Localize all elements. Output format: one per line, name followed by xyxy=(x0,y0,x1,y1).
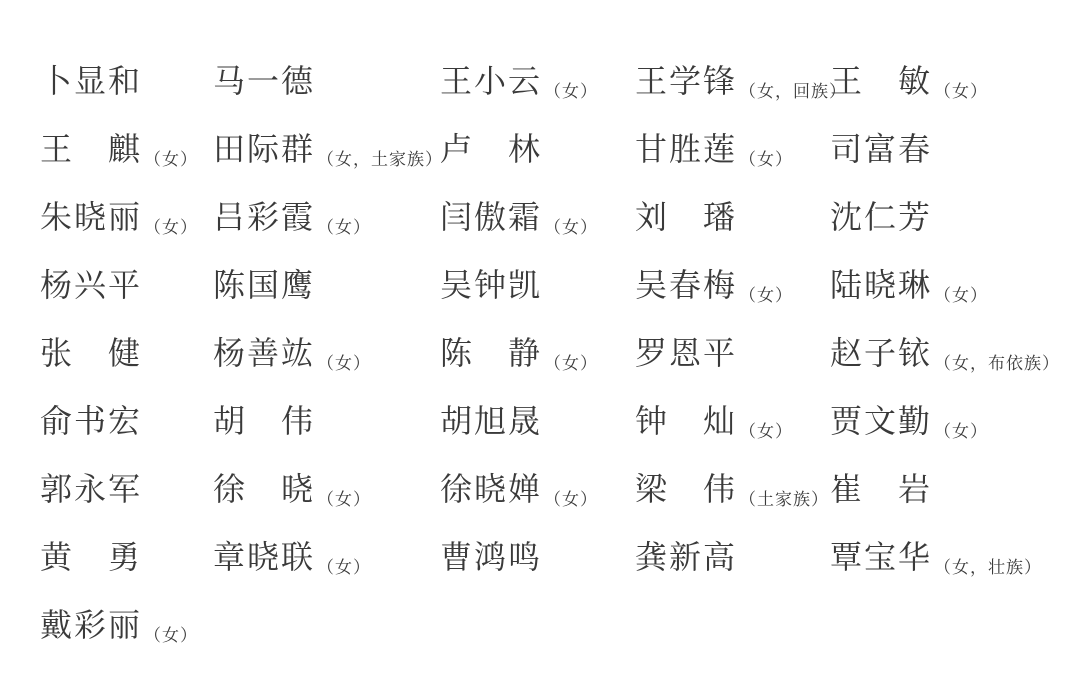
person-name: 陈国鹰 xyxy=(213,267,315,303)
person-note: （女） xyxy=(317,490,371,509)
person-name: 俞书宏 xyxy=(40,403,142,439)
name-cell: 胡 伟 xyxy=(213,400,440,442)
person-name: 赵子铱 xyxy=(830,335,932,371)
name-cell: 王学锋（女，回族） xyxy=(635,60,830,102)
name-cell: 刘 璠 xyxy=(635,196,830,238)
person-note: （女） xyxy=(544,218,598,237)
name-row: 杨兴平陈国鹰吴钟凯吴春梅（女）陆晓琳（女） xyxy=(40,264,1080,332)
person-name: 梁 伟 xyxy=(635,471,737,507)
name-cell: 陈 静（女） xyxy=(440,332,635,374)
name-grid: 卜显和马一德王小云（女）王学锋（女，回族）王 敏（女）王 麒（女）田际群（女，土… xyxy=(40,60,1080,672)
person-note: （女） xyxy=(934,422,988,441)
name-cell: 王 麒（女） xyxy=(40,128,213,170)
name-cell: 崔 岩 xyxy=(830,468,1080,510)
name-row: 朱晓丽（女）吕彩霞（女）闫傲霜（女）刘 璠沈仁芳 xyxy=(40,196,1080,264)
person-note: （女） xyxy=(317,558,371,577)
person-note: （女） xyxy=(934,286,988,305)
name-cell: 贾文勤（女） xyxy=(830,400,1080,442)
person-name: 崔 岩 xyxy=(830,471,932,507)
person-note: （女，布依族） xyxy=(934,354,1060,373)
person-name: 罗恩平 xyxy=(635,335,737,371)
person-name: 胡 伟 xyxy=(213,403,315,439)
person-note: （女，壮族） xyxy=(934,558,1042,577)
person-name: 杨善竑 xyxy=(213,335,315,371)
person-name: 龚新高 xyxy=(635,539,737,575)
person-name: 徐 晓 xyxy=(213,471,315,507)
name-cell: 甘胜莲（女） xyxy=(635,128,830,170)
name-cell: 闫傲霜（女） xyxy=(440,196,635,238)
person-name: 闫傲霜 xyxy=(440,199,542,235)
person-note: （女） xyxy=(739,286,793,305)
person-name: 王 麒 xyxy=(40,131,142,167)
person-name: 卢 林 xyxy=(440,131,542,167)
person-note: （女，土家族） xyxy=(317,150,443,169)
name-cell: 吴钟凯 xyxy=(440,264,635,306)
name-cell: 俞书宏 xyxy=(40,400,213,442)
person-name: 沈仁芳 xyxy=(830,199,932,235)
name-cell: 曹鸿鸣 xyxy=(440,536,635,578)
name-cell: 马一德 xyxy=(213,60,440,102)
person-name: 钟 灿 xyxy=(635,403,737,439)
person-name: 刘 璠 xyxy=(635,199,737,235)
name-cell: 司富春 xyxy=(830,128,1080,170)
name-cell: 杨兴平 xyxy=(40,264,213,306)
name-row: 卜显和马一德王小云（女）王学锋（女，回族）王 敏（女） xyxy=(40,60,1080,128)
name-cell: 吴春梅（女） xyxy=(635,264,830,306)
person-note: （女） xyxy=(544,82,598,101)
person-name: 覃宝华 xyxy=(830,539,932,575)
name-cell: 黄 勇 xyxy=(40,536,213,578)
person-name: 贾文勤 xyxy=(830,403,932,439)
person-name: 朱晓丽 xyxy=(40,199,142,235)
person-note: （女） xyxy=(739,150,793,169)
person-note: （女） xyxy=(739,422,793,441)
person-note: （女，回族） xyxy=(739,82,847,101)
person-name: 王学锋 xyxy=(635,63,737,99)
person-name: 戴彩丽 xyxy=(40,607,142,643)
person-note: （女） xyxy=(144,218,198,237)
name-cell: 杨善竑（女） xyxy=(213,332,440,374)
name-row: 王 麒（女）田际群（女，土家族）卢 林甘胜莲（女）司富春 xyxy=(40,128,1080,196)
person-note: （女） xyxy=(317,218,371,237)
name-cell: 戴彩丽（女） xyxy=(40,604,213,646)
person-name: 陆晓琳 xyxy=(830,267,932,303)
name-cell: 梁 伟（土家族） xyxy=(635,468,830,510)
name-row: 戴彩丽（女） xyxy=(40,604,1080,672)
person-name: 曹鸿鸣 xyxy=(440,539,542,575)
name-cell: 陆晓琳（女） xyxy=(830,264,1080,306)
person-name: 张 健 xyxy=(40,335,142,371)
name-cell: 钟 灿（女） xyxy=(635,400,830,442)
name-cell: 陈国鹰 xyxy=(213,264,440,306)
name-cell: 覃宝华（女，壮族） xyxy=(830,536,1080,578)
person-name: 陈 静 xyxy=(440,335,542,371)
person-name: 卜显和 xyxy=(40,63,142,99)
name-row: 俞书宏胡 伟胡旭晟钟 灿（女）贾文勤（女） xyxy=(40,400,1080,468)
name-cell: 郭永军 xyxy=(40,468,213,510)
person-name: 王小云 xyxy=(440,63,542,99)
name-row: 张 健杨善竑（女）陈 静（女）罗恩平赵子铱（女，布依族） xyxy=(40,332,1080,400)
person-note: （女） xyxy=(144,626,198,645)
name-cell: 龚新高 xyxy=(635,536,830,578)
name-row: 郭永军徐 晓（女）徐晓婵（女）梁 伟（土家族）崔 岩 xyxy=(40,468,1080,536)
name-cell: 吕彩霞（女） xyxy=(213,196,440,238)
name-cell: 罗恩平 xyxy=(635,332,830,374)
person-name: 郭永军 xyxy=(40,471,142,507)
person-name: 吴钟凯 xyxy=(440,267,542,303)
person-name: 胡旭晟 xyxy=(440,403,542,439)
document-page: 卜显和马一德王小云（女）王学锋（女，回族）王 敏（女）王 麒（女）田际群（女，土… xyxy=(0,0,1080,699)
person-name: 章晓联 xyxy=(213,539,315,575)
name-cell: 章晓联（女） xyxy=(213,536,440,578)
name-cell: 胡旭晟 xyxy=(440,400,635,442)
person-note: （女） xyxy=(544,490,598,509)
name-cell: 徐晓婵（女） xyxy=(440,468,635,510)
person-note: （女） xyxy=(934,82,988,101)
name-cell: 赵子铱（女，布依族） xyxy=(830,332,1080,374)
name-cell: 卢 林 xyxy=(440,128,635,170)
person-name: 吕彩霞 xyxy=(213,199,315,235)
person-note: （女） xyxy=(317,354,371,373)
name-row: 黄 勇章晓联（女）曹鸿鸣龚新高覃宝华（女，壮族） xyxy=(40,536,1080,604)
name-cell: 张 健 xyxy=(40,332,213,374)
name-cell: 徐 晓（女） xyxy=(213,468,440,510)
person-name: 徐晓婵 xyxy=(440,471,542,507)
person-name: 黄 勇 xyxy=(40,539,142,575)
person-name: 杨兴平 xyxy=(40,267,142,303)
person-note: （土家族） xyxy=(739,490,829,509)
name-cell: 卜显和 xyxy=(40,60,213,102)
person-name: 甘胜莲 xyxy=(635,131,737,167)
person-note: （女） xyxy=(144,150,198,169)
person-name: 司富春 xyxy=(830,131,932,167)
person-note: （女） xyxy=(544,354,598,373)
name-cell: 田际群（女，土家族） xyxy=(213,128,440,170)
person-name: 吴春梅 xyxy=(635,267,737,303)
name-cell: 王 敏（女） xyxy=(830,60,1080,102)
name-cell: 沈仁芳 xyxy=(830,196,1080,238)
person-name: 马一德 xyxy=(213,63,315,99)
name-cell: 朱晓丽（女） xyxy=(40,196,213,238)
name-cell: 王小云（女） xyxy=(440,60,635,102)
person-name: 田际群 xyxy=(213,131,315,167)
